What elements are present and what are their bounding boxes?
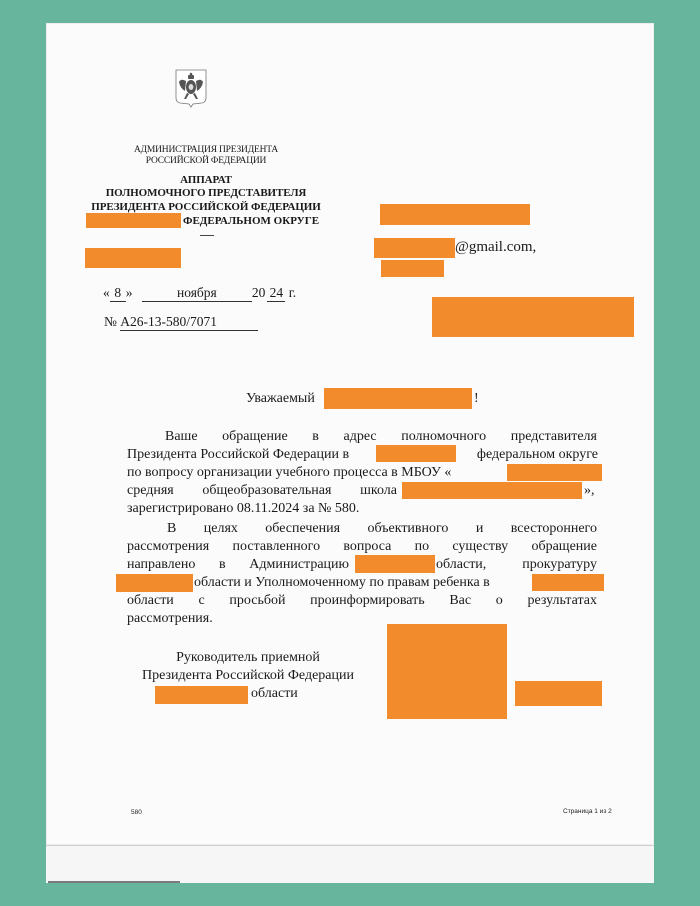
redaction-recipient-line	[381, 260, 444, 277]
salutation-suffix: !	[474, 390, 479, 408]
date-month: ноября	[142, 285, 252, 302]
signature-title-line-1: Руководитель приемной	[118, 649, 378, 667]
p1-line-4: средняя общеобразовательная школа	[127, 482, 397, 500]
footer-doc-number: 580	[131, 809, 142, 816]
redaction-addressee-name	[324, 388, 472, 409]
p2-line-4: области и Уполномоченному по правам ребе…	[194, 574, 534, 592]
redaction-signature	[387, 624, 507, 719]
page-underlay	[46, 845, 654, 883]
apparatus-heading: АППАРАТ	[66, 173, 346, 187]
redaction-district-name	[86, 213, 181, 228]
redaction-recipient-name	[380, 204, 530, 225]
recipient-email-domain: @gmail.com,	[455, 239, 536, 256]
redaction-email-user	[374, 238, 455, 258]
footer-page-info: Страница 1 из 2	[563, 808, 612, 815]
redaction-federal-district	[376, 445, 456, 462]
date-day: 8	[110, 285, 126, 302]
salutation-prefix: Уважаемый	[246, 390, 315, 408]
registration-number-line: № А26-13-580/7071	[104, 314, 258, 331]
title-line-2: ПРЕЗИДЕНТА РОССИЙСКОЙ ФЕДЕРАЦИИ	[66, 200, 346, 214]
p1-line-4-end: »,	[584, 482, 604, 500]
header-divider	[200, 235, 214, 236]
p1-line-5: зарегистрировано 08.11.2024 за № 580.	[127, 500, 597, 518]
p2-line-6: рассмотрения.	[127, 610, 597, 628]
redaction-signer-name	[515, 681, 602, 706]
p2-line-3-end: области, прокуратуру	[436, 556, 597, 574]
signature-title-line-2: Президента Российской Федерации	[118, 667, 378, 685]
date-line: «8» ноября2024 г.	[103, 285, 296, 302]
redaction-signature-region	[155, 686, 248, 704]
p2-line-3: направлено в Администрацию	[127, 556, 349, 574]
p2-line-1: В целях обеспечения объективного и всест…	[127, 520, 597, 538]
title-line-3: ФЕДЕРАЛЬНОМ ОКРУГЕ	[183, 214, 319, 228]
redaction-region-3	[532, 574, 604, 591]
p2-line-2: рассмотрения поставленного вопроса по су…	[127, 538, 597, 556]
redaction-region-1	[355, 555, 435, 573]
redaction-recipient-address	[432, 297, 634, 337]
signature-title-line-3: области	[251, 685, 298, 703]
russian-coat-of-arms-icon	[174, 68, 208, 108]
letter-page: АДМИНИСТРАЦИЯ ПРЕЗИДЕНТА РОССИЙСКОЙ ФЕДЕ…	[46, 23, 654, 845]
p1-line-1: Ваше обращение в адрес полномочного пред…	[127, 428, 597, 446]
org-line-2: РОССИЙСКОЙ ФЕДЕРАЦИИ	[86, 155, 326, 167]
registration-number: А26-13-580/7071	[120, 314, 258, 331]
redaction-region-2	[116, 574, 193, 592]
p1-line-2-end: федеральном округе	[458, 446, 598, 464]
redaction-school-location	[402, 482, 582, 499]
redaction-header-address	[85, 248, 181, 268]
title-line-1: ПОЛНОМОЧНОГО ПРЕДСТАВИТЕЛЯ	[66, 186, 346, 200]
p2-line-5: области с просьбой проинформировать Вас …	[127, 592, 597, 610]
date-year: 24	[267, 285, 285, 302]
redaction-school-name	[507, 464, 602, 481]
scan-edge-shadow	[48, 881, 180, 883]
